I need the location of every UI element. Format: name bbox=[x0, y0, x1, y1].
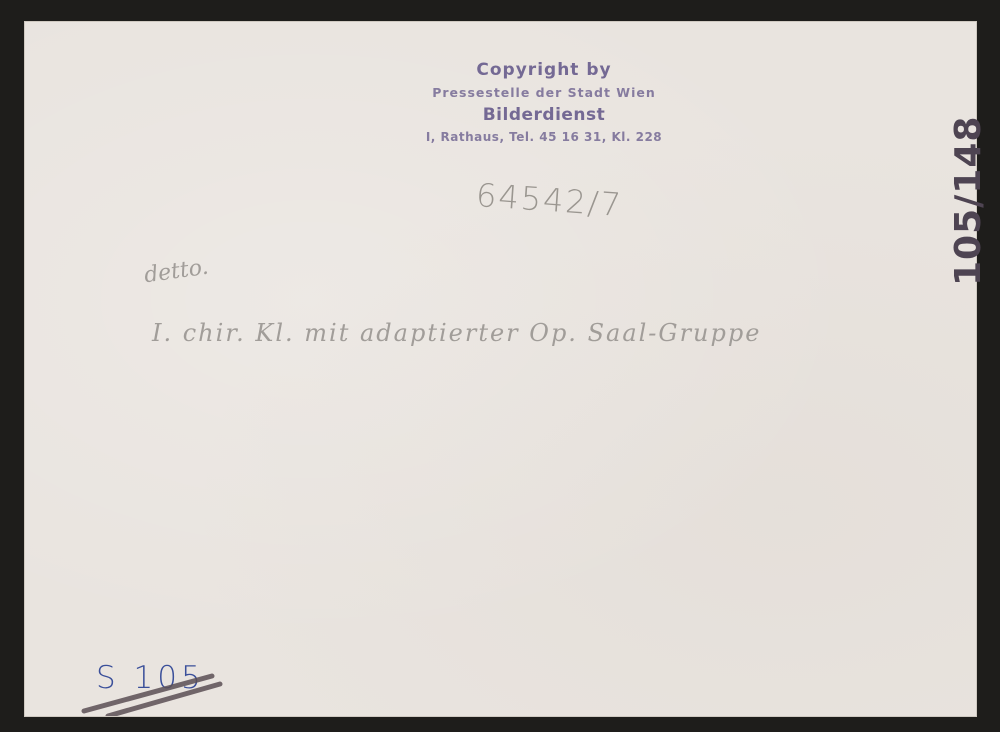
stamp-line-address: I, Rathaus, Tel. 45 16 31, Kl. 228 bbox=[354, 127, 734, 147]
stamp-line-office: Pressestelle der Stadt Wien bbox=[354, 83, 734, 103]
archive-number: 64542/7 bbox=[475, 176, 624, 224]
caption-note: I. chir. Kl. mit adaptierter Op. Saal-Gr… bbox=[152, 319, 761, 347]
stamp-line-copyright: Copyright by bbox=[354, 57, 734, 83]
struck-signature: S 105 bbox=[72, 646, 242, 716]
strikethrough-icon bbox=[72, 646, 242, 716]
copyright-stamp: Copyright by Pressestelle der Stadt Wien… bbox=[354, 57, 734, 147]
photo-back-card: Copyright by Pressestelle der Stadt Wien… bbox=[24, 21, 977, 717]
vertical-inventory-number: 105/148 bbox=[949, 156, 989, 286]
stamp-line-service: Bilderdienst bbox=[354, 103, 734, 127]
ditto-note: detto. bbox=[143, 255, 210, 289]
